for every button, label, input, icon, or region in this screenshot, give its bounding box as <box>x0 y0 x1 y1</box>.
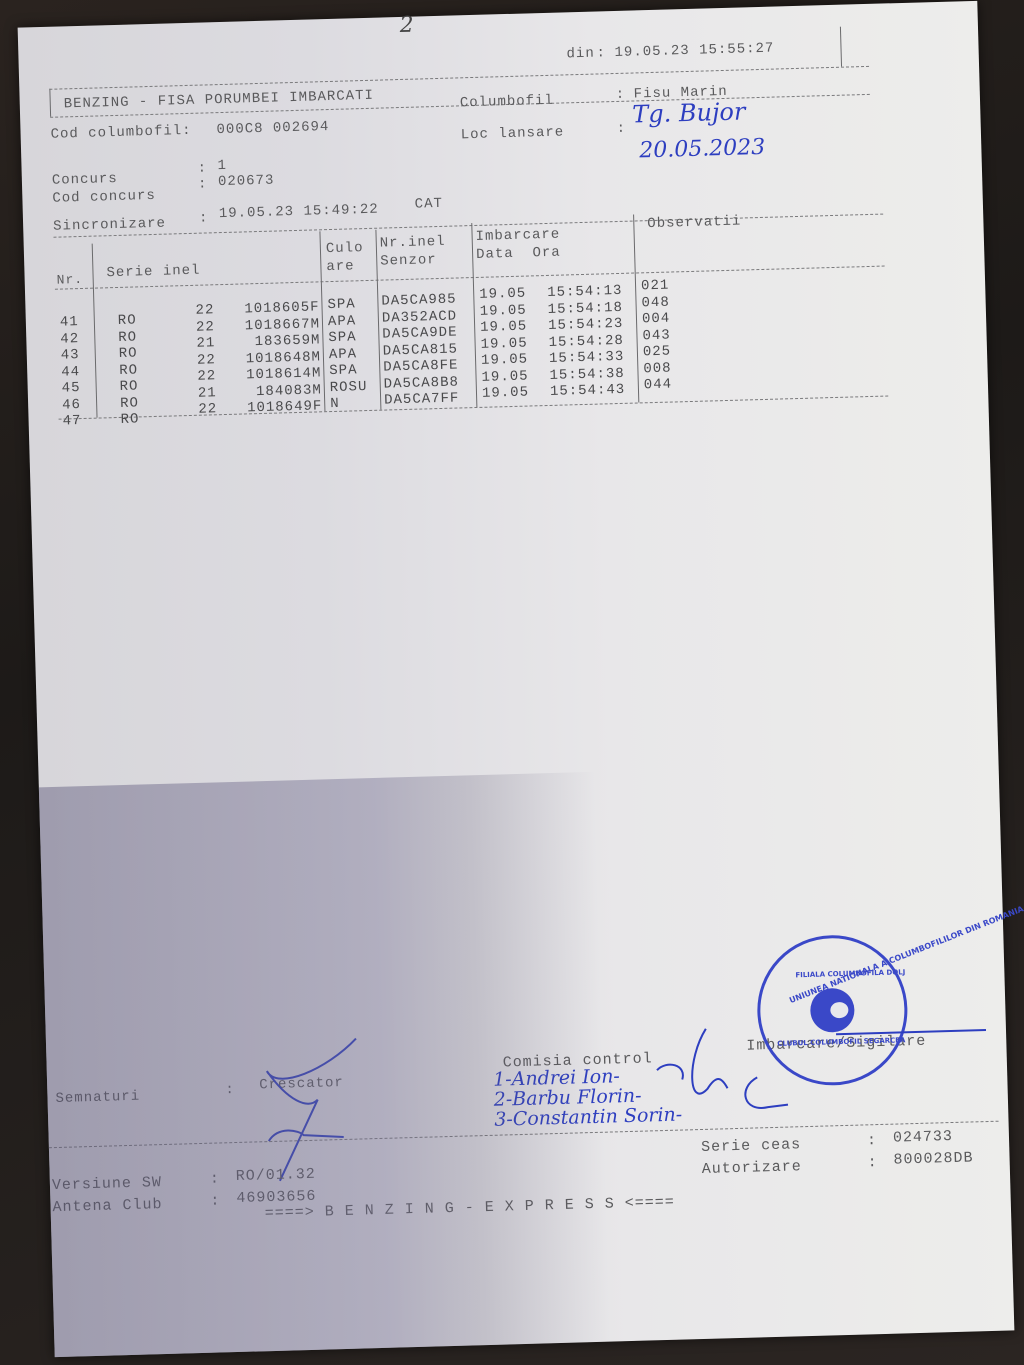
cod-concurs-label: Cod concurs <box>52 188 156 207</box>
cell-sensor-ring: DA5CA8FE <box>383 357 459 375</box>
cell-country: RO <box>119 378 138 395</box>
cell-nr: 41 <box>60 314 79 331</box>
cell-country: RO <box>118 312 137 329</box>
cell-nr: 45 <box>61 380 80 397</box>
autorizare-label: Autorizare <box>702 1158 802 1178</box>
col-header-culoare-2: are <box>326 258 355 275</box>
cell-color: APA <box>329 346 358 363</box>
col-header-imbarcare-2: Data Ora <box>476 245 561 263</box>
cell-color: SPA <box>328 329 357 346</box>
cell-nr: 42 <box>60 331 79 348</box>
table-top-border <box>53 214 883 238</box>
table-row: 43RO21183659MSPADA5CA9DE19.0515:54:23004 <box>18 1 978 28</box>
col-header-observatii: Observatii <box>647 214 741 233</box>
table-row: 45RO221018614MSPADA5CA8FE19.0515:54:3302… <box>18 1 978 28</box>
cell-observation: 048 <box>641 294 670 311</box>
columbofil-label: Columbofil <box>460 93 554 112</box>
divider <box>49 66 869 90</box>
loc-lansare-handwritten: Tg. Bujor <box>632 97 746 128</box>
col-header-culoare-1: Culo <box>326 240 364 257</box>
loc-lansare-label: Loc lansare <box>461 124 565 143</box>
table-row: 42RO221018667MAPADA352ACD19.0515:54:1804… <box>18 1 978 28</box>
concurs-label: Concurs <box>52 171 118 189</box>
cell-sensor-ring: DA5CA985 <box>381 292 457 310</box>
cod-columbofil-label: Cod columbofil: <box>50 123 191 143</box>
stamp-outer-text: UNIUNEA NATIONALA A COLUMBOFILILOR DIN R… <box>788 904 1024 1005</box>
cell-observation: 008 <box>643 360 672 377</box>
autorizare-value: 800028DB <box>893 1149 973 1168</box>
cell-sensor-ring: DA5CA9DE <box>382 325 458 343</box>
cell-time: 15:54:28 <box>548 332 624 350</box>
cell-color: N <box>330 396 340 412</box>
cell-date: 19.05 <box>479 302 526 319</box>
antena-club-label: Antena Club <box>52 1196 162 1216</box>
cell-country: RO <box>119 345 138 362</box>
cell-sensor-ring: DA5CA7FF <box>384 390 460 408</box>
handwritten-page-number: 2 <box>399 13 414 38</box>
cell-country: RO <box>120 411 139 428</box>
sincronizare-value: 19.05.23 15:49:22 <box>219 202 379 222</box>
cell-country: RO <box>118 329 137 346</box>
cell-year: 22 <box>198 401 217 418</box>
cod-concurs-value: 020673 <box>218 173 275 191</box>
cell-date: 19.05 <box>479 286 526 303</box>
serie-ceas-label: Serie ceas <box>701 1136 801 1156</box>
cell-sensor-ring: DA352ACD <box>382 308 458 326</box>
cell-time: 15:54:38 <box>549 365 625 383</box>
concurs-value: 1 <box>217 158 227 174</box>
table-body: 41RO221018605FSPADA5CA98519.0515:54:1302… <box>18 1 978 28</box>
border <box>840 27 842 67</box>
semnaturi-label: Semnaturi <box>55 1089 140 1107</box>
cell-year: 22 <box>197 352 216 369</box>
cell-color: ROSU <box>330 379 368 396</box>
cell-country: RO <box>119 362 138 379</box>
cell-observation: 004 <box>642 311 671 328</box>
cell-observation: 021 <box>641 278 670 295</box>
stamp-inner-text: FILIALA COLUMBOFILA DOLJ <box>795 968 905 979</box>
cell-ring-number: 1018649F <box>224 398 322 417</box>
cell-color: SPA <box>329 362 358 379</box>
cell-year: 22 <box>197 368 216 385</box>
cell-time: 15:54:43 <box>550 382 626 400</box>
col-header-nr-inel-1: Nr.inel <box>380 234 446 252</box>
din-label: din <box>566 46 595 63</box>
cell-year: 22 <box>195 302 214 319</box>
cell-date: 19.05 <box>480 335 527 352</box>
cod-columbofil-value: 000C8 002694 <box>216 119 329 138</box>
cell-time: 15:54:33 <box>549 349 625 367</box>
cell-color: SPA <box>327 296 356 313</box>
cell-sensor-ring: DA5CA8B8 <box>383 374 459 392</box>
cell-time: 15:54:13 <box>547 283 623 301</box>
cell-nr: 47 <box>62 413 81 430</box>
din-timestamp: 19.05.23 15:55:27 <box>614 41 774 61</box>
brand-footer: ====> B E N Z I N G - E X P R E S S <===… <box>265 1194 675 1222</box>
table-row: 47RO221018649FNDA5CA7FF19.0515:54:43044 <box>18 1 978 28</box>
col-header-nr: Nr. <box>56 272 83 288</box>
cell-country: RO <box>120 395 139 412</box>
printed-document: 2 din : 19.05.23 15:55:27 BENZING - FISA… <box>18 1 1015 1357</box>
cell-year: 22 <box>196 319 215 336</box>
cell-color: APA <box>328 313 357 330</box>
serie-ceas-value: 024733 <box>893 1128 953 1147</box>
versiune-sw-value: RO/01.32 <box>236 1166 316 1185</box>
border <box>49 89 51 117</box>
cell-date: 19.05 <box>481 368 528 385</box>
cell-time: 15:54:18 <box>547 299 623 317</box>
table-row: 41RO221018605FSPADA5CA98519.0515:54:1302… <box>18 1 978 28</box>
versiune-sw-label: Versiune SW <box>52 1174 162 1194</box>
col-header-imbarcare-1: Imbarcare <box>475 227 560 245</box>
cell-sensor-ring: DA5CA815 <box>383 341 459 359</box>
cell-date: 19.05 <box>482 385 529 402</box>
col-header-serie-inel: Serie inel <box>106 263 200 282</box>
sincronizare-timezone: CAT <box>414 196 443 213</box>
sincronizare-label: Sincronizare <box>53 216 166 235</box>
cell-year: 21 <box>198 385 217 402</box>
cell-nr: 44 <box>61 364 80 381</box>
col-header-nr-inel-2: Senzor <box>380 252 437 270</box>
cell-nr: 46 <box>62 397 81 414</box>
cell-observation: 025 <box>643 344 672 361</box>
cell-date: 19.05 <box>480 319 527 336</box>
cell-year: 21 <box>196 335 215 352</box>
table-row: 44RO221018648MAPADA5CA81519.0515:54:2804… <box>18 1 978 28</box>
cell-observation: 044 <box>644 377 673 394</box>
cell-nr: 43 <box>61 347 80 364</box>
table-row: 46RO21184083MROSUDA5CA8B819.0515:54:3800… <box>18 1 978 28</box>
cell-date: 19.05 <box>481 352 528 369</box>
data-lansare-handwritten: 20.05.2023 <box>639 135 766 164</box>
table-bottom-border <box>59 395 889 419</box>
stamp-club-text: CLUBUL COLUMBOFIL SEGARCEA <box>777 1036 905 1048</box>
cell-observation: 043 <box>642 327 671 344</box>
cell-time: 15:54:23 <box>548 316 624 334</box>
